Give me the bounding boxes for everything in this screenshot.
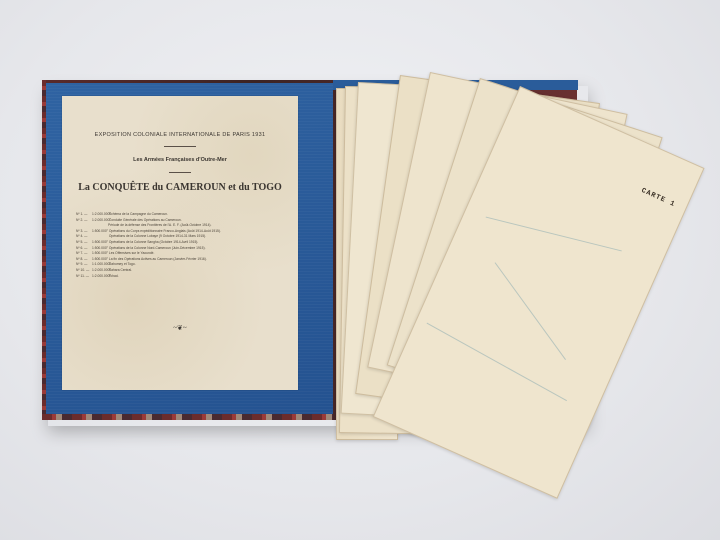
rule [169,172,191,173]
ornament-flourish: ~❦~ [173,324,186,332]
toc-scale: 1:2.000.000° [92,274,108,280]
map-river-line [486,217,622,252]
toc-text: Conduite Générale des Opérations au Came… [108,218,182,222]
toc-text: La fin des Opérations Actives au Camerou… [108,257,207,261]
exposition-heading: EXPOSITION COLONIALE INTERNATIONALE DE P… [62,132,298,138]
toc-text: Opérations de la Colonne Nord-Cameroun (… [108,246,206,250]
toc-text: Période de la défense des Frontières de … [108,223,211,227]
toc-text: Schéma de la Campagne du Cameroun. [108,212,168,216]
map-river-line [495,262,566,360]
toc-text: Opérations du Corps expéditionnaire Fran… [108,229,221,233]
toc-scale: 1:2.000.000° [92,218,108,224]
toc-number: Nº 2. — [76,218,92,224]
marbled-edge-bottom [42,414,333,420]
toc-text: Opérations de la Colonne Sangha (Octobre… [108,240,198,244]
toc-text: Sahara Central. [108,268,132,272]
marbled-edge-left [42,80,46,420]
toc-number: Nº 11. — [76,274,92,280]
series-heading: Les Armées Françaises d'Outre-Mer [62,157,298,163]
main-title: La CONQUÊTE du CAMEROUN et du TOGO [62,182,298,193]
toc-text: Les Offensives sur le Yaoundé. [108,251,154,255]
toc-text: Opérations de la Colonne Lobaye (9 Octob… [108,234,206,238]
table-of-contents: Nº 1. —1:2.000.000° Schéma de la Campagn… [76,212,288,279]
title-label: EXPOSITION COLONIALE INTERNATIONALE DE P… [62,96,298,390]
rule [164,146,196,147]
toc-text: Dahomey et Togo. [108,262,136,266]
toc-text: Tchad. [108,274,119,278]
toc-entry: Nº 11. —1:2.000.000° Tchad. [76,274,288,280]
